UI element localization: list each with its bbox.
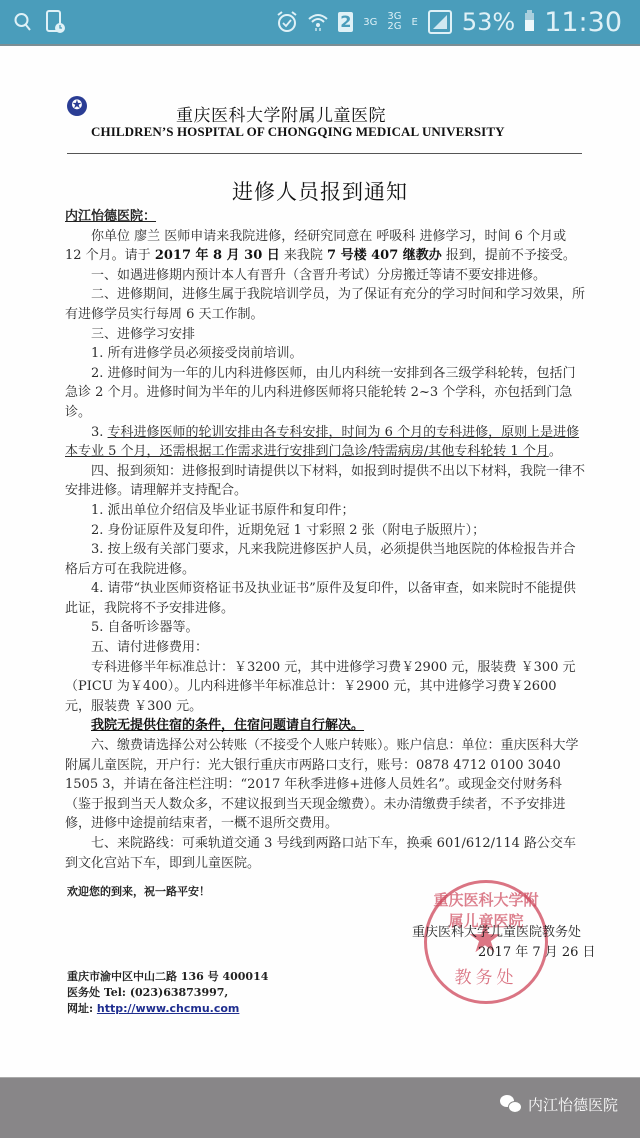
network-3g-icon: 3G [363,17,377,28]
intro-text-3: 报到，提前不予接受。 [442,248,576,263]
website-label: 网址: [67,1002,97,1015]
section-3-item-2: 2. 进修时间为一年的儿内科进修医师，由儿内科统一安排到各三级学科轮转，包括门急… [65,364,585,423]
section-3-item-3-text: 专科进修医师的轮训安排由各专科安排，时间为 6 个月的专科进修，原则上是进修本专… [65,425,579,460]
alarm-icon [276,10,298,34]
footer-website-row: 网址: http://www.chcmu.com [67,1001,268,1017]
screen-timer-icon [46,10,66,34]
item-number: 3. [91,425,108,440]
signal-icon [428,10,452,34]
notice-body: 内江怡德医院： 你单位 廖兰 医师申请来我院进修，经研究同意在 呼吸科 进修学习… [65,207,585,873]
welcome-message: 欢迎您的到来，祝一路平安！ [67,883,210,899]
section-5-heading: 五、请付进修费用： [65,638,585,658]
section-4-item-4: 4. 请带“执业医师资格证书及执业证书”原件及复印件，以备审查，如来院时不能提供… [65,579,585,618]
section-5-fees: 专科进修半年标准总计：￥3200 元，其中进修学习费￥2900 元，服装费 ￥3… [65,658,585,717]
net-2g-label: 2G [387,22,401,32]
no-housing-text: 我院无提供住宿的条件，住宿问题请自行解决。 [91,718,364,733]
section-4-heading: 四、报到须知：进修报到时请提供以下材料，如报到时提供不出以下材料，我院一律不安排… [65,462,585,501]
no-housing-note: 我院无提供住宿的条件，住宿问题请自行解决。 [65,716,585,736]
section-4-item-5: 5. 自备听诊器等。 [65,618,585,638]
section-3-heading: 三、进修学习安排 [65,325,585,345]
status-bar: 2 3G 3G 2G E 53% 11:30 [0,0,640,46]
bottom-bar: 内江怡德医院 [0,1077,640,1138]
section-7: 七、来院路线：可乘轨道交通 3 号线到两路口站下车，换乘 601/612/114… [65,834,585,873]
notice-document: ✪ 重庆医科大学附属儿童医院 CHILDREN’S HOSPITAL OF CH… [0,46,640,1078]
addressee: 内江怡德医院： [65,209,156,224]
section-4-item-1: 1. 派出单位介绍信及毕业证书原件和复印件； [65,501,585,521]
section-3-item-3: 3. 专科进修医师的轮训安排由各专科安排，时间为 6 个月的专科进修，原则上是进… [65,423,585,462]
report-date: 2017 年 8 月 30 日 [155,248,280,263]
hospital-name-en: CHILDREN’S HOSPITAL OF CHONGQING MEDICAL… [91,124,505,140]
wechat-icon [500,1095,522,1115]
document-title: 进修人员报到通知 [0,176,640,206]
report-place: 7 号楼 407 [327,248,398,263]
search-icon [14,12,32,32]
footer-address: 重庆市渝中区中山二路 136 号 400014 [67,969,268,985]
section-4-item-2: 2. 身份证原件及复印件，近期免冠 1 寸彩照 2 张（附电子版照片）； [65,521,585,541]
header-divider [67,153,582,154]
battery-icon [525,13,534,31]
website-link[interactable]: http://www.chcmu.com [97,1002,240,1015]
footer-tel: 医务处 Tel: (023)63873997, [67,985,268,1001]
intro-text-2: 来我院 [280,248,327,263]
intro-paragraph: 你单位 廖兰 医师申请来我院进修，经研究同意在 呼吸科 进修学习，时间 6 个月… [65,227,585,266]
section-2: 二、进修期间，进修生属于我院培训学员，为了保证有充分的学习时间和学习效果，所有进… [65,285,585,324]
hospital-name-cn: 重庆医科大学附属儿童医院 [176,101,386,126]
source-account[interactable]: 内江怡德医院 [500,1094,618,1115]
source-name: 内江怡德医院 [528,1094,618,1115]
wifi-icon [308,11,328,33]
network-e-icon: E [412,17,418,28]
sim2-icon: 2 [338,12,353,32]
report-office: 继教办 [398,248,442,263]
section-3-item-1: 1. 所有进修学员必须接受岗前培训。 [65,344,585,364]
signature-org: 重庆医科大学儿童医院教务处 [412,921,581,940]
footer-contact: 重庆市渝中区中山二路 136 号 400014 医务处 Tel: (023)63… [67,969,268,1017]
hospital-logo-icon: ✪ [67,96,87,116]
section-1: 一、如遇进修期内预计本人有晋升（含晋升考试）分房搬迁等请不要安排进修。 [65,266,585,286]
battery-percent: 53% [462,8,515,36]
stamp-label: 教务处 [427,963,545,988]
section-4-item-3: 3. 按上级有关部门要求，凡来我院进修医护人员，必须提供当地医院的体检报告并合格… [65,540,585,579]
network-dual-icon: 3G 2G [387,12,401,32]
clock: 11:30 [544,7,622,38]
signature-date: 2017 年 7 月 26 日 [478,941,596,960]
section-6: 六、缴费请选择公对公转账（不接受个人账户转账）。账户信息：单位：重庆医科大学附属… [65,736,585,834]
item-end: 。 [549,444,562,459]
